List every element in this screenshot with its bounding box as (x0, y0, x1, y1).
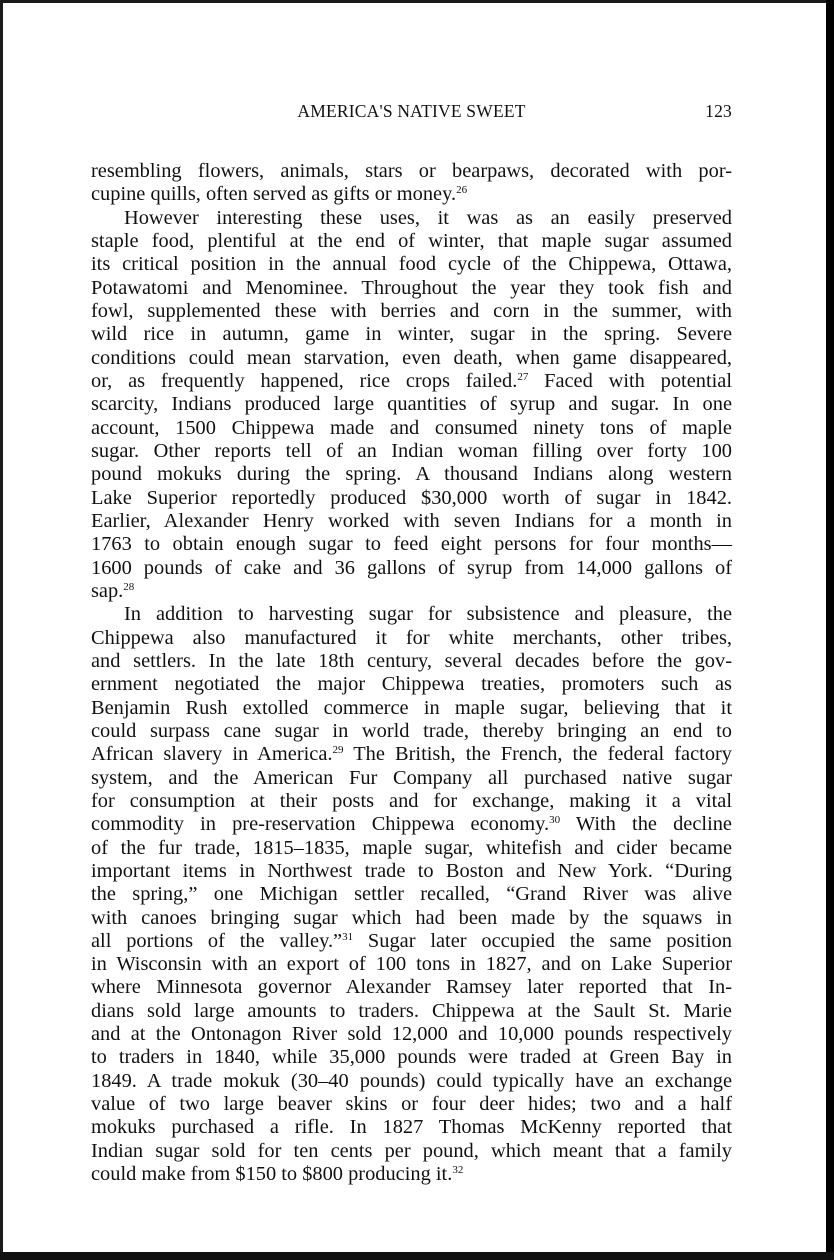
scan-border-bottom (0, 1252, 834, 1260)
scan-border-left (0, 0, 3, 1260)
text-line: dians sold large amounts to traders. Chi… (91, 1000, 732, 1023)
text-line: for consumption at their posts and for e… (91, 790, 732, 813)
book-page: AMERICA'S NATIVE SWEET 123 resembling fl… (91, 97, 732, 1186)
text-line: Potawatomi and Menominee. Throughout the… (91, 277, 732, 300)
text-line: system, and the American Fur Company all… (91, 767, 732, 790)
footnote-marker: 31 (342, 931, 353, 943)
footnote-marker: 27 (517, 371, 528, 383)
text-line: resembling flowers, animals, stars or be… (91, 160, 732, 183)
text-line: commodity in pre-reservation Chippewa ec… (91, 813, 732, 836)
footnote-marker: 28 (123, 581, 134, 593)
text-line: account, 1500 Chippewa made and consumed… (91, 417, 732, 440)
scan-border-top (0, 0, 834, 3)
text-line: sugar. Other reports tell of an Indian w… (91, 440, 732, 463)
text-line: all portions of the valley.”31 Sugar lat… (91, 930, 732, 953)
scan-border-right (826, 0, 834, 1260)
text-line: important items in Northwest trade to Bo… (91, 860, 732, 883)
text-line: conditions could mean starvation, even d… (91, 347, 732, 370)
text-line: in Wisconsin with an export of 100 tons … (91, 953, 732, 976)
text-line: Indian sugar sold for ten cents per poun… (91, 1140, 732, 1163)
footnote-marker: 30 (549, 814, 560, 826)
running-title: AMERICA'S NATIVE SWEET (91, 101, 732, 122)
text-line: scarcity, Indians produced large quantit… (91, 393, 732, 416)
text-line: Lake Superior reportedly produced $30,00… (91, 487, 732, 510)
text-line: African slavery in America.29 The Britis… (91, 743, 732, 766)
text-line: Benjamin Rush extolled commerce in maple… (91, 697, 732, 720)
text-line: ernment negotiated the major Chippewa tr… (91, 673, 732, 696)
text-line: and settlers. In the late 18th century, … (91, 650, 732, 673)
paragraph: resembling flowers, animals, stars or be… (91, 160, 732, 207)
page-number: 123 (705, 101, 732, 122)
text-line: mokuks purchased a rifle. In 1827 Thomas… (91, 1116, 732, 1139)
text-line: its critical position in the annual food… (91, 253, 732, 276)
text-line: could make from $150 to $800 producing i… (91, 1163, 732, 1186)
text-line: staple food, plentiful at the end of win… (91, 230, 732, 253)
text-line: In addition to harvesting sugar for subs… (91, 603, 732, 626)
text-line: where Minnesota governor Alexander Ramse… (91, 976, 732, 999)
text-line: or, as frequently happened, rice crops f… (91, 370, 732, 393)
text-line: 1763 to obtain enough sugar to feed eigh… (91, 533, 732, 556)
text-line: pound mokuks during the spring. A thousa… (91, 463, 732, 486)
text-line: 1600 pounds of cake and 36 gallons of sy… (91, 557, 732, 580)
text-line: fowl, supplemented these with berries an… (91, 300, 732, 323)
footnote-marker: 26 (456, 184, 467, 196)
text-line: sap.28 (91, 580, 732, 603)
text-line: of the fur trade, 1815–1835, maple sugar… (91, 837, 732, 860)
text-line: to traders in 1840, while 35,000 pounds … (91, 1046, 732, 1069)
text-line: cupine quills, often served as gifts or … (91, 183, 732, 206)
text-line: wild rice in autumn, game in winter, sug… (91, 323, 732, 346)
text-line: Chippewa also manufactured it for white … (91, 627, 732, 650)
text-line: value of two large beaver skins or four … (91, 1093, 732, 1116)
paragraph: In addition to harvesting sugar for subs… (91, 603, 732, 1186)
text-line: Earlier, Alexander Henry worked with sev… (91, 510, 732, 533)
footnote-marker: 32 (452, 1164, 463, 1176)
text-line: and at the Ontonagon River sold 12,000 a… (91, 1023, 732, 1046)
body-text: resembling flowers, animals, stars or be… (91, 160, 732, 1186)
text-line: However interesting these uses, it was a… (91, 207, 732, 230)
footnote-marker: 29 (332, 744, 343, 756)
text-line: could surpass cane sugar in world trade,… (91, 720, 732, 743)
text-line: with canoes bringing sugar which had bee… (91, 907, 732, 930)
paragraph: However interesting these uses, it was a… (91, 207, 732, 604)
text-line: the spring,” one Michigan settler recall… (91, 883, 732, 906)
text-line: 1849. A trade mokuk (30–40 pounds) could… (91, 1070, 732, 1093)
running-head: AMERICA'S NATIVE SWEET 123 (91, 97, 732, 127)
